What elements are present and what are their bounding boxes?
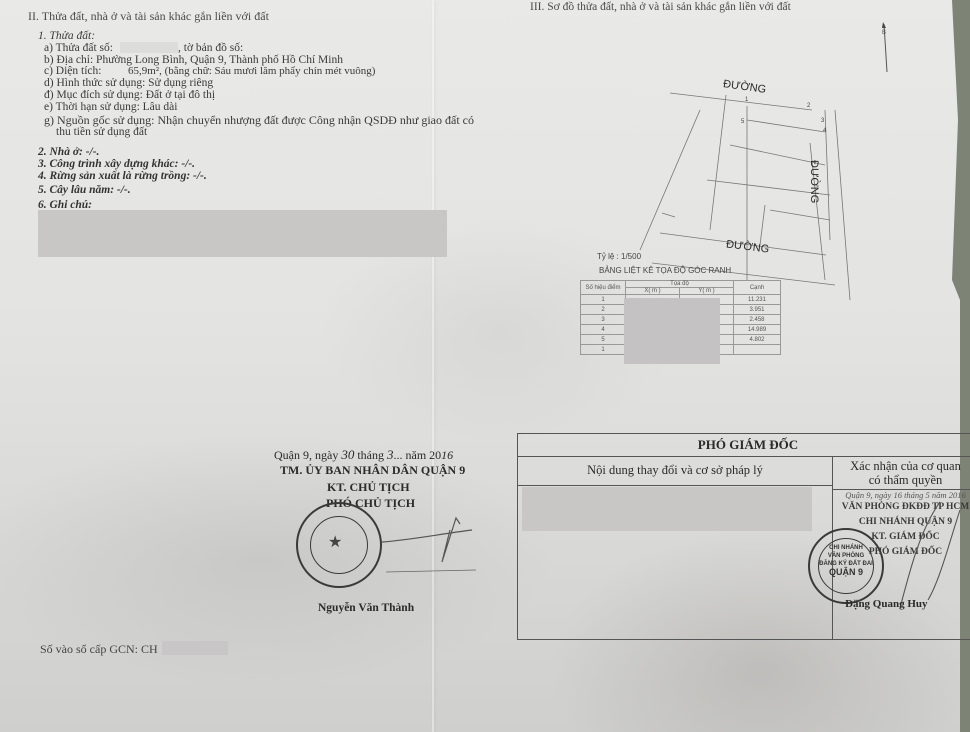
signer-name-right: Đặng Quang Huy — [845, 598, 928, 610]
col-confirm-line1: Xác nhận của cơ quan — [833, 459, 970, 473]
other-construction: 3. Công trình xây dựng khác: -/-. — [38, 158, 195, 170]
col-confirm-line2: có thẩm quyền — [833, 473, 970, 487]
registration-office-seal: CHI NHÁNH VĂN PHÒNG ĐĂNG KÝ ĐẤT ĐAI QUẬN… — [808, 528, 884, 604]
col-coords: Tọa độ — [626, 281, 734, 288]
coord-edge: 11.231 — [734, 295, 781, 305]
issue-year: 16 — [441, 448, 453, 462]
map-sheet-label: , tờ bản đồ số: — [178, 42, 243, 54]
coord-point: 5 — [581, 335, 626, 345]
month-label: tháng — [357, 448, 384, 462]
coord-edge: 3.951 — [734, 305, 781, 315]
area-value: 65,9m², (bằng chữ: Sáu mươi lăm phẩy chí… — [128, 65, 375, 77]
change-content-redacted — [522, 487, 812, 531]
coord-point: 3 — [581, 315, 626, 325]
planted-forest: 4. Rừng sản xuất là rừng trồng: -/-. — [38, 170, 207, 182]
section2-title: II. Thửa đất, nhà ở và tài sản khác gắn … — [28, 9, 269, 24]
coord-edge — [734, 345, 781, 355]
kt-chairman: KT. CHỦ TỊCH — [327, 480, 410, 495]
col-point: Số hiệu điểm — [581, 281, 626, 295]
section4-title: PHÓ GIÁM ĐỐC — [518, 434, 970, 457]
usage-origin-cont: thu tiền sử dụng đất — [56, 126, 147, 138]
north-label: B — [882, 30, 886, 36]
confirmation-date: Quận 9, ngày 16 tháng 5 năm 2016 — [833, 490, 970, 500]
point-3: 3 — [821, 118, 825, 124]
coord-point: 4 — [581, 325, 626, 335]
land-heading: 1. Thửa đất: — [38, 30, 95, 42]
road-label-right: ĐƯỜNG — [808, 160, 820, 203]
issuing-org: TM. ỦY BAN NHÂN DÂN QUẬN 9 — [280, 463, 465, 478]
star-emblem-icon: ★ — [328, 532, 342, 552]
parcel-number-label: a) Thửa đất số: — [44, 42, 113, 54]
col-y: Y( m ) — [680, 288, 734, 295]
issue-date: Quận 9, ngày 30 tháng 3... năm 2016 — [274, 447, 453, 463]
point-2: 2 — [807, 103, 811, 109]
change-content-column: Nội dung thay đổi và cơ sở pháp lý — [518, 457, 833, 639]
area-label: c) Diện tích: — [44, 65, 101, 77]
seal-line-4: QUẬN 9 — [818, 568, 874, 576]
map-scale: Tỷ lệ : 1/500 — [597, 252, 641, 261]
usage-term: e) Thời hạn sử dụng: Lâu dài — [44, 101, 177, 113]
perennial-trees: 5. Cây lâu năm: -/-. — [38, 184, 131, 196]
register-number-label: Số vào sổ cấp GCN: CH — [40, 642, 158, 657]
coordinates-redacted — [624, 298, 720, 364]
seal-line-1: CHI NHÁNH — [818, 544, 874, 552]
issue-day: 30 — [341, 447, 354, 462]
note-redacted — [38, 210, 447, 257]
coord-edge: 14.989 — [734, 325, 781, 335]
coord-edge: 2.458 — [734, 315, 781, 325]
col-edge: Cạnh — [734, 281, 781, 295]
col-confirmation: Xác nhận của cơ quan có thẩm quyền — [833, 457, 970, 487]
register-number-redacted — [162, 641, 228, 655]
paper-fold — [432, 0, 434, 732]
coord-point: 1 — [581, 295, 626, 305]
point-5: 5 — [741, 119, 745, 125]
coord-point: 2 — [581, 305, 626, 315]
year-label: ... năm 20 — [394, 448, 442, 462]
seal-text: CHI NHÁNH VĂN PHÒNG ĐĂNG KÝ ĐẤT ĐAI QUẬN… — [818, 544, 874, 576]
coord-edge: 4.802 — [734, 335, 781, 345]
col-x: X( m ) — [626, 288, 680, 295]
seal-line-2: VĂN PHÒNG — [818, 552, 874, 560]
col-change-content: Nội dung thay đổi và cơ sở pháp lý — [518, 457, 832, 486]
house: 2. Nhà ở: -/-. — [38, 146, 99, 158]
usage-purpose: đ) Mục đích sử dụng: Đất ở tại đô thị — [44, 89, 215, 101]
coord-table-title: BẢNG LIỆT KÊ TỌA ĐỘ GÓC RANH — [599, 266, 731, 275]
signature-right — [880, 500, 970, 610]
date-prefix: Quận 9, ngày — [274, 448, 338, 462]
parcel-number-redacted — [120, 42, 178, 53]
point-4: 4 — [823, 128, 827, 134]
signature-left — [380, 510, 480, 580]
usage-form: d) Hình thức sử dụng: Sử dụng riêng — [44, 77, 213, 89]
signer-name-left: Nguyễn Văn Thành — [318, 602, 414, 614]
district-seal: ★ — [296, 502, 382, 588]
coord-point: 1 — [581, 345, 626, 355]
